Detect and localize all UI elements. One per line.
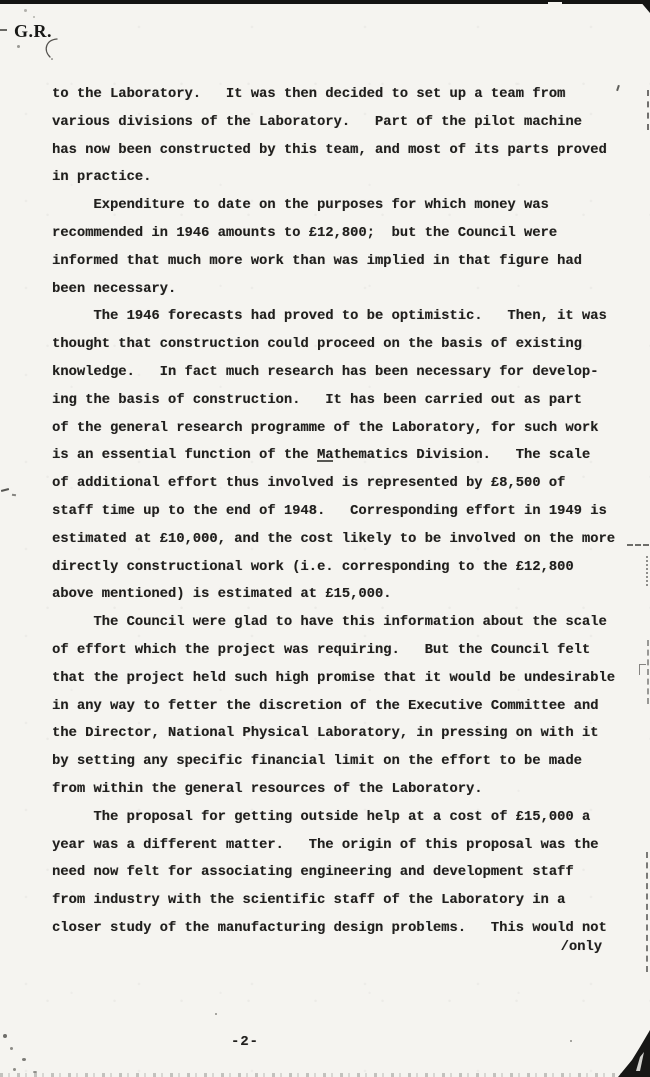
document-body: to the Laboratory. It was then decided t… (52, 81, 615, 943)
speck (24, 9, 27, 12)
margin-dash-mark (0, 29, 7, 31)
speck (10, 1047, 13, 1050)
page-number: -2- (231, 1035, 259, 1050)
scan-corner-mark-top-right (639, 0, 650, 13)
text-line: to the Laboratory. It was then decided t… (52, 81, 615, 109)
stray-apostrophe-mark (616, 85, 620, 91)
speck (33, 16, 35, 18)
text-line: directly constructional work (i.e. corre… (52, 554, 615, 582)
text-line: closer study of the manufacturing design… (52, 915, 615, 943)
catchword: /only (561, 940, 602, 955)
speck (17, 45, 20, 48)
pen-curl-mark (41, 36, 63, 60)
text-line: of the general research programme of the… (52, 415, 615, 443)
speck (215, 1013, 217, 1015)
text-line: that the project held such high promise … (52, 665, 615, 693)
margin-tick-mark (1, 488, 9, 492)
text-line: the Director, National Physical Laborato… (52, 720, 615, 748)
right-edge-dash-2 (646, 556, 648, 586)
scan-top-edge-notch (548, 2, 562, 4)
text-line: by setting any specific financial limit … (52, 748, 615, 776)
text-line: Expenditure to date on the purposes for … (52, 192, 615, 220)
text-line: from within the general resources of the… (52, 776, 615, 804)
right-edge-dash-3 (647, 640, 649, 704)
right-edge-bracket-mark (639, 664, 646, 675)
text-line: of additional effort thus involved is re… (52, 470, 615, 498)
text-line: knowledge. In fact much research has bee… (52, 359, 615, 387)
text-line: various divisions of the Laboratory. Par… (52, 109, 615, 137)
text-line: The Council were glad to have this infor… (52, 609, 615, 637)
underline-artifact (317, 460, 333, 462)
text-line: estimated at £10,000, and the cost likel… (52, 526, 615, 554)
text-line: recommended in 1946 amounts to £12,800; … (52, 220, 615, 248)
right-edge-dash-1 (647, 90, 649, 130)
text-line: thought that construction could proceed … (52, 331, 615, 359)
text-line: above mentioned) is estimated at £15,000… (52, 581, 615, 609)
scanned-document-page: G.R. to the Laboratory. It was then deci… (0, 0, 650, 1077)
text-line: has now been constructed by this team, a… (52, 137, 615, 165)
text-line: need now felt for associating engineerin… (52, 859, 615, 887)
right-edge-dotted-line (627, 544, 649, 546)
text-line: from industry with the scientific staff … (52, 887, 615, 915)
scan-corner-mark-bottom-right (610, 1027, 650, 1077)
speck (13, 1068, 16, 1071)
text-line: in practice. (52, 164, 615, 192)
speck (22, 1058, 26, 1061)
speck (3, 1034, 7, 1038)
margin-tick-mark-2 (12, 494, 16, 496)
text-line: in any way to fetter the discretion of t… (52, 693, 615, 721)
text-line: of effort which the project was requirin… (52, 637, 615, 665)
text-line: ing the basis of construction. It has be… (52, 387, 615, 415)
text-line: informed that much more work than was im… (52, 248, 615, 276)
right-edge-dash-4 (646, 852, 648, 972)
text-line: been necessary. (52, 276, 615, 304)
text-line: is an essential function of the Mathemat… (52, 442, 615, 470)
scan-bottom-speckle-band (0, 1073, 650, 1077)
text-line: staff time up to the end of 1948. Corres… (52, 498, 615, 526)
speck (570, 1040, 572, 1042)
text-line: The proposal for getting outside help at… (52, 804, 615, 832)
text-line: year was a different matter. The origin … (52, 832, 615, 860)
text-line: The 1946 forecasts had proved to be opti… (52, 303, 615, 331)
